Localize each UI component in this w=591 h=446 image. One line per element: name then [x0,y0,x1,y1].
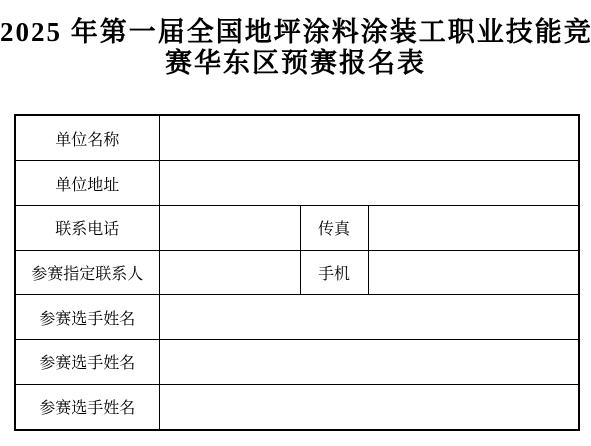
input-cell-unit-address[interactable] [159,161,579,206]
label-fax: 传真 [300,205,368,250]
input-cell-contestant-name-3[interactable] [159,384,579,430]
row-contestant-3: 参赛选手姓名 [15,384,579,430]
input-cell-designated-contact[interactable] [159,250,300,295]
registration-form-table: 单位名称 单位地址 联系电话 传真 参赛指定联系人 手机 [14,114,580,431]
row-unit-address: 单位地址 [15,161,579,206]
row-contact-person-mobile: 参赛指定联系人 手机 [15,250,579,295]
input-cell-unit-name[interactable] [159,115,579,161]
form-title-line2: 赛华东区预赛报名表 [0,48,591,79]
label-contact-phone: 联系电话 [15,205,159,250]
label-contestant-name-3: 参赛选手姓名 [15,384,159,430]
label-unit-address: 单位地址 [15,161,159,206]
label-contestant-name-2: 参赛选手姓名 [15,340,159,385]
input-cell-mobile[interactable] [368,250,579,295]
row-phone-fax: 联系电话 传真 [15,205,579,250]
label-contestant-name-1: 参赛选手姓名 [15,295,159,340]
label-unit-name: 单位名称 [15,115,159,161]
input-cell-contestant-name-2[interactable] [159,340,579,385]
row-contestant-2: 参赛选手姓名 [15,340,579,385]
input-cell-fax[interactable] [368,205,579,250]
form-title: 2025 年第一届全国地坪涂料涂装工职业技能竞 赛华东区预赛报名表 [0,17,591,79]
label-designated-contact: 参赛指定联系人 [15,250,159,295]
label-mobile: 手机 [300,250,368,295]
input-cell-contact-phone[interactable] [159,205,300,250]
row-unit-name: 单位名称 [15,115,579,161]
registration-form: 单位名称 单位地址 联系电话 传真 参赛指定联系人 手机 [14,114,580,431]
row-contestant-1: 参赛选手姓名 [15,295,579,340]
input-cell-contestant-name-1[interactable] [159,295,579,340]
document-page: 2025 年第一届全国地坪涂料涂装工职业技能竞 赛华东区预赛报名表 单位名称 单… [0,0,591,446]
form-title-line1: 2025 年第一届全国地坪涂料涂装工职业技能竞 [0,17,591,48]
